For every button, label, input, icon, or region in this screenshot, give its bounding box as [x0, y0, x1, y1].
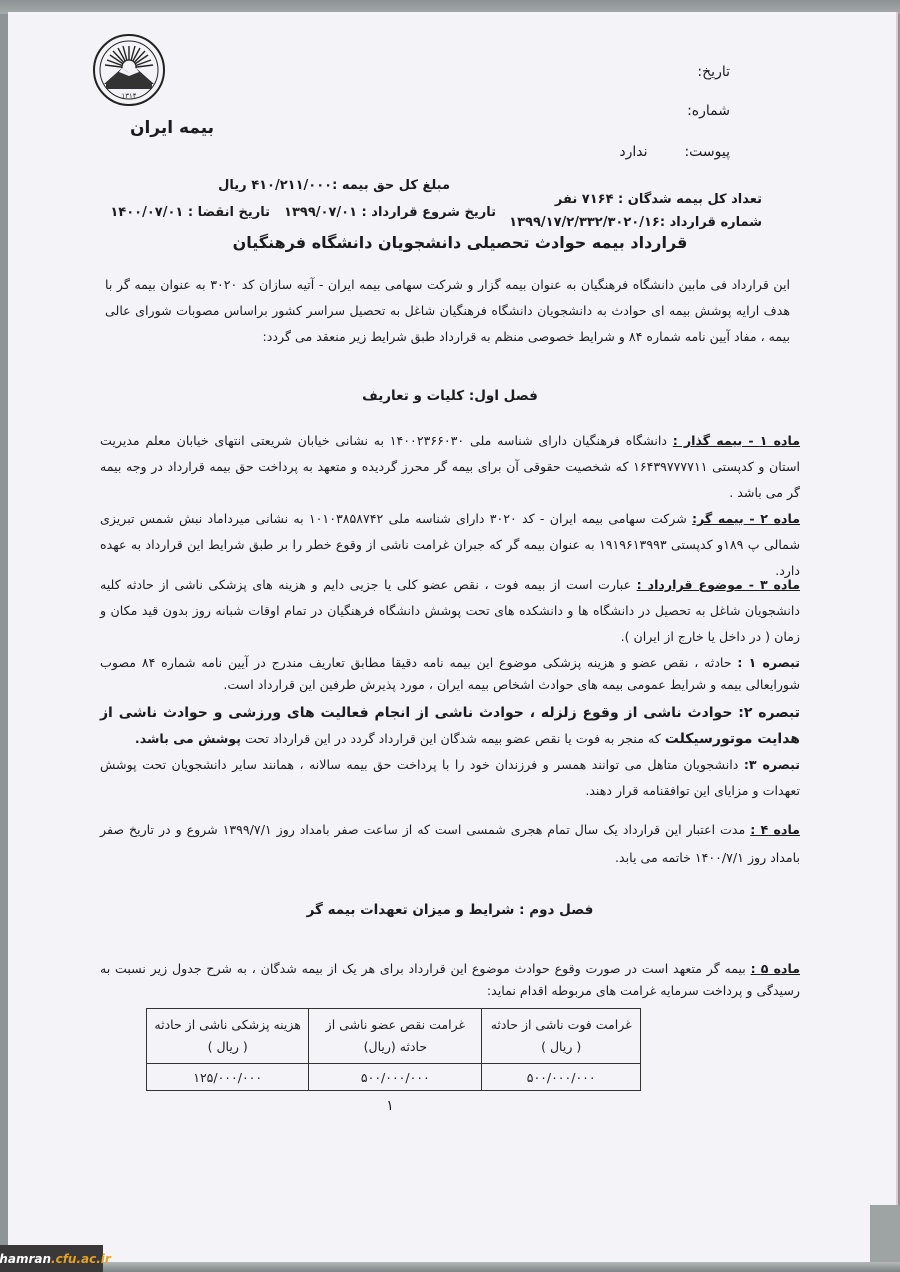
insured-count: تعداد کل بیمه شدگان : ۷۱۶۴ نفر: [470, 192, 762, 207]
note-3-heading: تبصره ۳:: [744, 757, 800, 772]
chapter2-title: فصل دوم : شرایط و میزان تعهدات بیمه گر: [250, 902, 650, 918]
document-title: قرارداد بیمه حوادث تحصیلی دانشجویان دانش…: [200, 233, 720, 252]
contract-number: شماره قرارداد :۱۳۹۹/۱۷/۲/۳۳۲/۳۰۲۰/۱۶: [505, 215, 762, 230]
total-premium: مبلغ کل حق بیمه :۴۱۰/۲۱۱/۰۰۰ ریال: [130, 178, 450, 193]
emblem-icon: ۱۳۱۴: [92, 32, 166, 108]
header-death-compensation: غرامت فوت ناشی از حادثه ( ریال ): [482, 1009, 641, 1064]
header-medical-expenses: هزینه پزشکی ناشی از حادثه ( ریال ): [147, 1009, 309, 1064]
note-1: تبصره ۱ : حادثه ، نقص عضو و هزینه پزشکی …: [100, 652, 800, 696]
article-3: ماده ۳ - موضوع قرارداد : عبارت است از بی…: [100, 572, 800, 650]
brand-name: بیمه ایران: [112, 118, 232, 138]
value-disability-compensation: ۵۰۰/۰۰۰/۰۰۰: [309, 1064, 482, 1091]
note-3: تبصره ۳: دانشجویان متاهل می توانند همسر …: [100, 752, 800, 804]
scan-bottom-border: [0, 1262, 900, 1272]
article-3-heading: ماده ۳ - موضوع قرارداد :: [637, 577, 800, 592]
note-2-body: که منجر به فوت یا نقص عضو بیمه شدگان این…: [241, 731, 665, 746]
value-death-compensation: ۵۰۰/۰۰۰/۰۰۰: [482, 1064, 641, 1091]
article-4-body: مدت اعتبار این قرارداد یک سال تمام هجری …: [100, 822, 800, 865]
watermark-domain-part1: chamran: [0, 1252, 51, 1266]
table-header-row: غرامت فوت ناشی از حادثه ( ریال ) غرامت ن…: [147, 1009, 641, 1064]
article-5-heading: ماده ۵ :: [751, 961, 800, 976]
article-4: ماده ۴ : مدت اعتبار این قرارداد یک سال ت…: [100, 816, 800, 872]
svg-text:۱۳۱۴: ۱۳۱۴: [121, 92, 136, 100]
article-1-heading: ماده ۱ - بیمه گذار :: [673, 433, 800, 448]
note-2-heading: تبصره ۲:: [738, 705, 800, 721]
header-disability-compensation: غرامت نقص عضو ناشی از حادثه (ریال): [309, 1009, 482, 1064]
value-medical-expenses: ۱۲۵/۰۰۰/۰۰۰: [147, 1064, 309, 1091]
company-logo: ۱۳۱۴: [92, 32, 166, 108]
date-label: تاریخ:: [640, 64, 730, 80]
attachment-field: پیوست: ندارد: [600, 144, 730, 160]
page-number: ۱: [380, 1098, 400, 1114]
chapter1-title: فصل اول: کلیات و تعاریف: [250, 388, 650, 404]
note-1-heading: تبصره ۱ :: [737, 655, 800, 670]
attachment-label: پیوست:: [684, 144, 730, 160]
coverage-table: غرامت فوت ناشی از حادثه ( ریال ) غرامت ن…: [146, 1008, 641, 1091]
note-1-body: حادثه ، نقص عضو و هزینه پزشکی موضوع این …: [100, 655, 800, 692]
article-1: ماده ۱ - بیمه گذار : دانشگاه فرهنگیان دا…: [100, 428, 800, 506]
article-5-body: بیمه گر متعهد است در صورت وقوع حوادث موض…: [100, 961, 800, 998]
article-2-heading: ماده ۲ - بیمه گر:: [692, 511, 800, 526]
attachment-value: ندارد: [619, 144, 647, 160]
note-3-body: دانشجویان متاهل می توانند همسر و فرزندان…: [100, 757, 800, 798]
note-2: تبصره ۲: حوادث ناشی از وقوع زلزله ، حواد…: [100, 700, 800, 752]
expiry-date: تاریخ انقضا : ۱۴۰۰/۰۷/۰۱: [110, 205, 270, 220]
note-2-tail: پوشش می باشد.: [135, 731, 241, 746]
article-5: ماده ۵ : بیمه گر متعهد است در صورت وقوع …: [100, 958, 800, 1002]
article-4-heading: ماده ۴ :: [750, 822, 800, 837]
number-label: شماره:: [640, 103, 730, 119]
site-watermark: chamran.cfu.ac.ir: [0, 1245, 103, 1272]
watermark-domain-part2: .cfu.ac.ir: [51, 1252, 111, 1266]
start-date: تاریخ شروع قرارداد : ۱۳۹۹/۰۷/۰۱: [278, 205, 496, 220]
table-row: ۵۰۰/۰۰۰/۰۰۰ ۵۰۰/۰۰۰/۰۰۰ ۱۲۵/۰۰۰/۰۰۰: [147, 1064, 641, 1091]
intro-paragraph: این قرارداد فی مابین دانشگاه فرهنگیان به…: [105, 272, 790, 350]
